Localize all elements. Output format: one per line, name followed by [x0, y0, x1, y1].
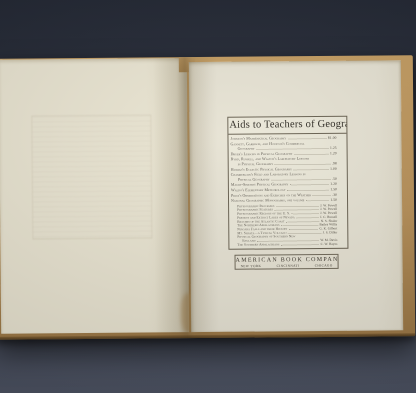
dot-leader: [287, 190, 329, 191]
dot-leader: [294, 154, 329, 155]
price: 1.20: [330, 151, 337, 156]
dot-leader: [293, 169, 328, 170]
price: 1.50: [330, 187, 337, 192]
right-page: Aids to Teachers of Geography Johnson's …: [189, 60, 403, 332]
price: 1.25: [330, 146, 337, 151]
dot-leader: [289, 229, 318, 230]
publisher-box: AMERICAN BOOK COMPANY NEW YORK CINCINNAT…: [235, 254, 339, 270]
city-chicago: CHICAGO: [315, 264, 333, 268]
dot-leader: [291, 214, 318, 215]
price: 1.20: [330, 182, 337, 187]
price: .30: [332, 193, 337, 198]
dot-leader: [281, 225, 318, 226]
dot-leader: [274, 210, 318, 211]
dot-leader: [276, 206, 319, 207]
dot-leader: [271, 179, 331, 180]
dot-leader: [256, 149, 328, 150]
cover-bottom-edge: [0, 333, 415, 340]
monograph-row: The Southern AppalachiansC. W. Hayes: [231, 242, 337, 247]
author: J. S. Diller: [323, 231, 338, 235]
price: .50: [332, 177, 337, 182]
show-through-text: [31, 114, 152, 239]
dot-leader: [312, 195, 330, 196]
left-page: [0, 58, 189, 334]
author: C. W. Hayes: [321, 242, 338, 246]
dot-leader: [257, 241, 319, 242]
ad-title: Aids to Teachers of Geography: [228, 117, 346, 135]
price: $1.00: [328, 136, 337, 141]
ad-list: Johnson's Mathematical Geography$1.00 Ga…: [228, 134, 339, 247]
city-new-york: NEW YORK: [241, 265, 262, 269]
price: .98: [332, 161, 337, 166]
open-book: Aids to Teachers of Geography Johnson's …: [0, 55, 415, 340]
dot-leader: [281, 244, 319, 245]
dot-leader: [296, 217, 319, 218]
price: 1.00: [330, 167, 337, 172]
price: 1.50: [330, 198, 337, 203]
dot-leader: [286, 221, 319, 222]
city-cincinnati: CINCINNATI: [277, 264, 300, 268]
dot-leader: [288, 233, 321, 234]
dot-leader: [306, 200, 329, 201]
dot-leader: [288, 138, 327, 139]
dot-leader: [275, 164, 331, 165]
ad-box: Aids to Teachers of Geography Johnson's …: [227, 116, 348, 250]
publisher-cities: NEW YORK CINCINNATI CHICAGO: [236, 264, 338, 268]
dot-leader: [290, 185, 329, 186]
photo-backdrop: Aids to Teachers of Geography Johnson's …: [0, 0, 416, 393]
ad-row: National Geographic Monographs, one volu…: [231, 197, 337, 203]
